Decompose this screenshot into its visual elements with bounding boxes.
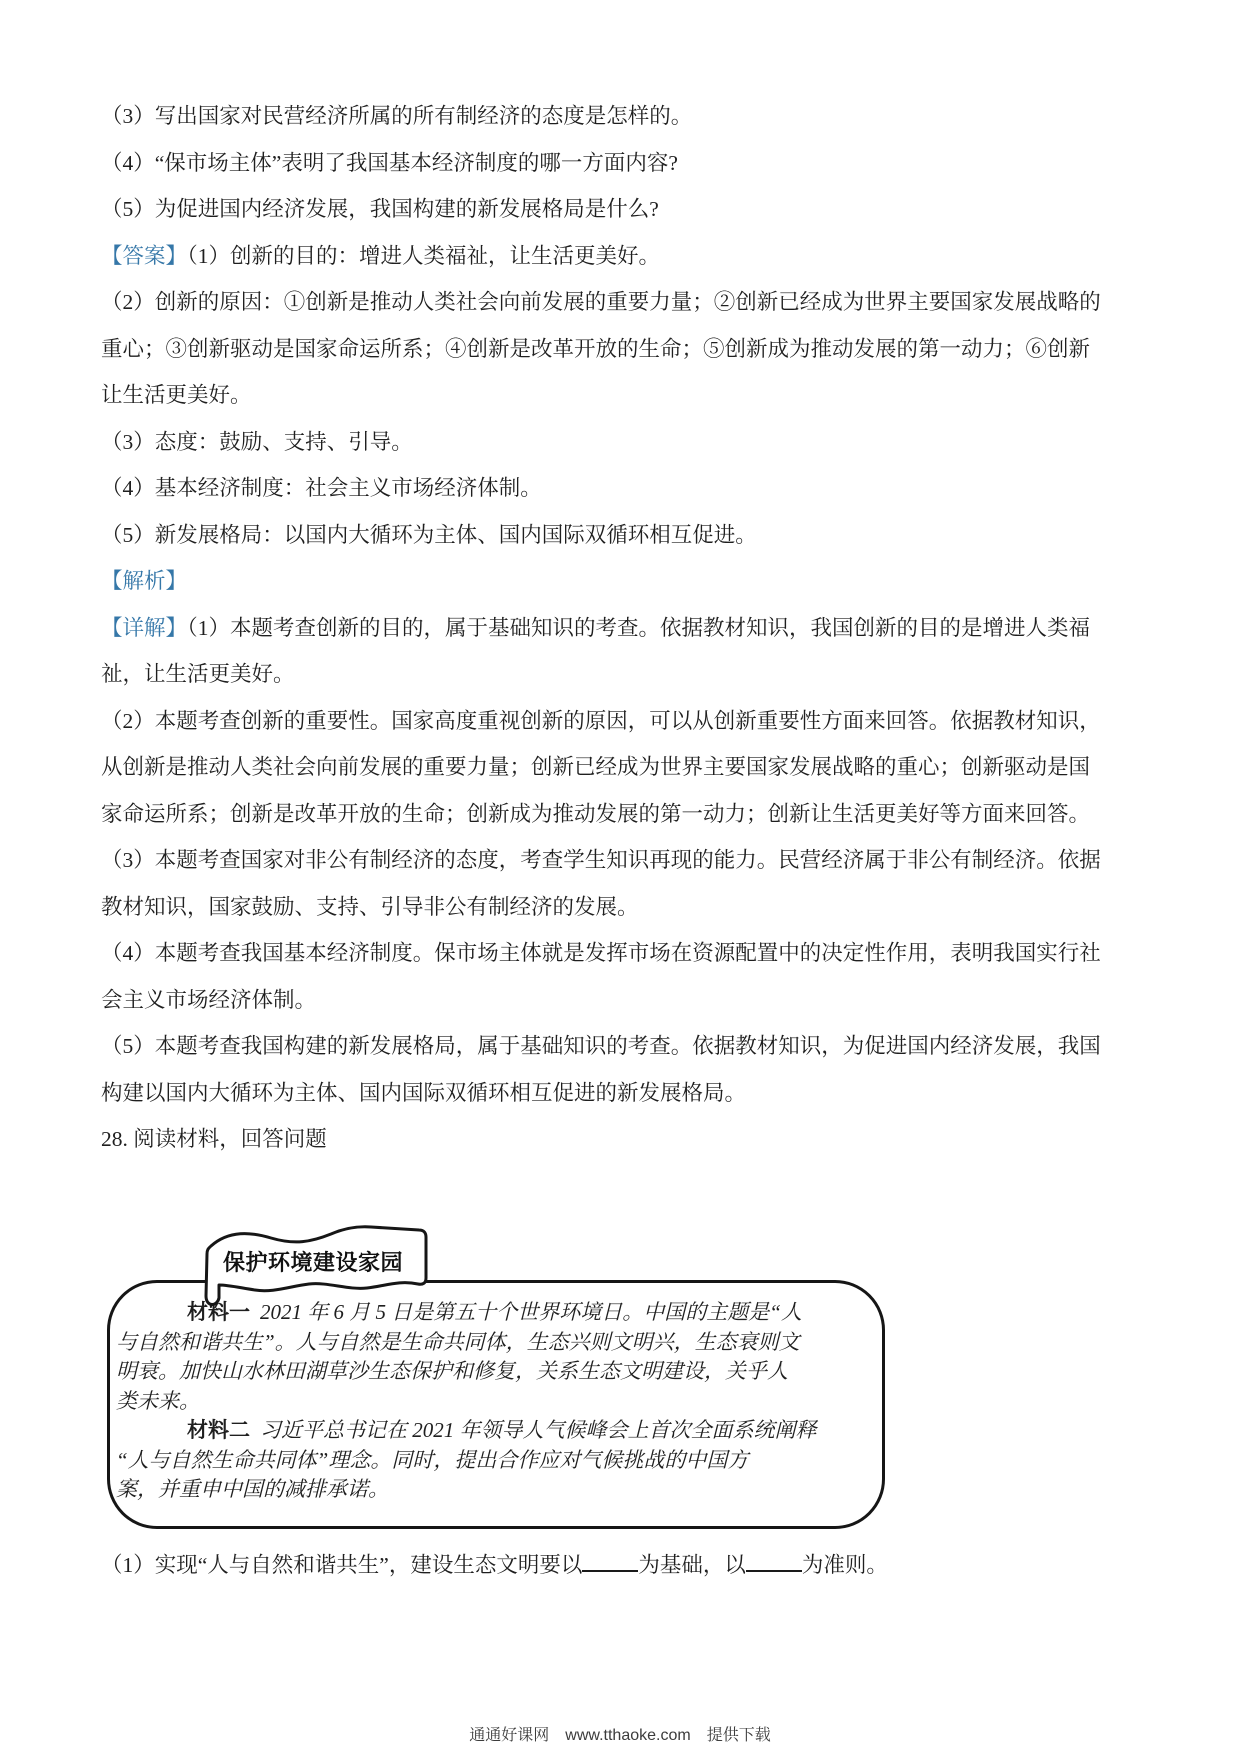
line-text: 构建以国内大循环为主体、国内国际双循环相互促进的新发展格局。 [101, 1081, 746, 1105]
material-line: 明衰。加快山水林田湖草沙生态保护和修复，关系生态文明建设，关乎人 [116, 1357, 874, 1387]
question-28-heading: 28. 阅读材料，回答问题 [101, 1116, 1146, 1163]
detail-label: 【详解】 [101, 616, 187, 640]
line-text: （4）基本经济制度：社会主义市场经济体制。 [101, 476, 542, 500]
line-text: 让生活更美好。 [101, 383, 252, 407]
line-text: 祉，让生活更美好。 [101, 662, 295, 686]
text-line: （2）本题考查创新的重要性。国家高度重视创新的原因，可以从创新重要性方面来回答。… [101, 698, 1146, 745]
line-text: （5）为促进国内经济发展，我国构建的新发展格局是什么? [101, 197, 659, 221]
question-1-text: 为准则。 [802, 1553, 888, 1577]
material-line: 类未来。 [116, 1387, 874, 1417]
text-line: 会主义市场经济体制。 [101, 977, 1146, 1024]
text-line: （5）新发展格局：以国内大循环为主体、国内国际双循环相互促进。 [101, 512, 1146, 559]
answer-section: （3）写出国家对民营经济所属的所有制经济的态度是怎样的。 （4）“保市场主体”表… [101, 93, 1146, 1163]
line-text: （3）态度：鼓励、支持、引导。 [101, 430, 413, 454]
line-text: 家命运所系；创新是改革开放的生命；创新成为推动发展的第一动力；创新让生活更美好等… [101, 802, 1090, 826]
line-text: （4）本题考查我国基本经济制度。保市场主体就是发挥市场在资源配置中的决定性作用，… [101, 941, 1101, 965]
analysis-label: 【解析】 [101, 569, 187, 593]
blank-underline [582, 1550, 638, 1572]
line-text: 从创新是推动人类社会向前发展的重要力量；创新已经成为世界主要国家发展战略的重心；… [101, 755, 1090, 779]
text-line: 重心；③创新驱动是国家命运所系；④创新是改革开放的生命；⑤创新成为推动发展的第一… [101, 326, 1146, 373]
text-line: 构建以国内大循环为主体、国内国际双循环相互促进的新发展格局。 [101, 1070, 1146, 1117]
text-line: 祉，让生活更美好。 [101, 651, 1146, 698]
line-text: （5）本题考查我国构建的新发展格局，属于基础知识的考查。依据教材知识，为促进国内… [101, 1034, 1101, 1058]
page-footer: 通通好课网www.tthaoke.com提供下载 [0, 1722, 1240, 1745]
text-line: 教材知识，国家鼓励、支持、引导非公有制经济的发展。 [101, 884, 1146, 931]
text-line: 【解析】 [101, 558, 1146, 605]
ribbon-title: 保护环境建设家园 [199, 1246, 427, 1277]
text-line: 从创新是推动人类社会向前发展的重要力量；创新已经成为世界主要国家发展战略的重心；… [101, 744, 1146, 791]
line-text: （5）新发展格局：以国内大循环为主体、国内国际双循环相互促进。 [101, 523, 757, 547]
line-text: 教材知识，国家鼓励、支持、引导非公有制经济的发展。 [101, 895, 639, 919]
material-figure: 材料一2021 年 6 月 5 日是第五十个世界环境日。中国的主题是“人 与自然… [107, 1212, 897, 1547]
line-text: （2）本题考查创新的重要性。国家高度重视创新的原因，可以从创新重要性方面来回答。… [101, 709, 1101, 733]
text-line: （4）“保市场主体”表明了我国基本经济制度的哪一方面内容? [101, 140, 1146, 187]
material-text: 材料一2021 年 6 月 5 日是第五十个世界环境日。中国的主题是“人 与自然… [116, 1298, 874, 1505]
material-2-label: 材料二 [187, 1419, 250, 1442]
ribbon-banner: 保护环境建设家园 [199, 1222, 436, 1312]
footer-suffix: 提供下载 [707, 1727, 771, 1744]
text-line: （3）写出国家对民营经济所属的所有制经济的态度是怎样的。 [101, 93, 1146, 140]
footer-site-name: 通通好课网 [469, 1727, 549, 1744]
line-text: （2）创新的原因：①创新是推动人类社会向前发展的重要力量；②创新已经成为世界主要… [101, 290, 1101, 314]
text-line: （3）态度：鼓励、支持、引导。 [101, 419, 1146, 466]
material-line: 案，并重申中国的减排承诺。 [116, 1475, 874, 1505]
text-line: 【答案】（1）创新的目的：增进人类福祉，让生活更美好。 [101, 233, 1146, 280]
line-text: 重心；③创新驱动是国家命运所系；④创新是改革开放的生命；⑤创新成为推动发展的第一… [101, 337, 1090, 361]
line-text: （1）创新的目的：增进人类福祉，让生活更美好。 [187, 244, 660, 268]
line-text: 会主义市场经济体制。 [101, 988, 316, 1012]
line-text: （4）“保市场主体”表明了我国基本经济制度的哪一方面内容? [101, 151, 678, 175]
material-box: 材料一2021 年 6 月 5 日是第五十个世界环境日。中国的主题是“人 与自然… [107, 1280, 885, 1529]
text-line: 让生活更美好。 [101, 372, 1146, 419]
answer-label: 【答案】 [101, 244, 187, 268]
line-text: （3）写出国家对民营经济所属的所有制经济的态度是怎样的。 [101, 104, 692, 128]
line-text: （1）本题考查创新的目的，属于基础知识的考查。依据教材知识，我国创新的目的是增进… [187, 616, 1090, 640]
text-line: 【详解】（1）本题考查创新的目的，属于基础知识的考查。依据教材知识，我国创新的目… [101, 605, 1146, 652]
line-text: 28. 阅读材料，回答问题 [101, 1127, 327, 1151]
text-line: 家命运所系；创新是改革开放的生命；创新成为推动发展的第一动力；创新让生活更美好等… [101, 791, 1146, 838]
text-line: （5）本题考查我国构建的新发展格局，属于基础知识的考查。依据教材知识，为促进国内… [101, 1023, 1146, 1070]
text-line: （4）基本经济制度：社会主义市场经济体制。 [101, 465, 1146, 512]
question-1-text: （1）实现“人与自然和谐共生”，建设生态文明要以 [101, 1553, 582, 1577]
document-page: （3）写出国家对民营经济所属的所有制经济的态度是怎样的。 （4）“保市场主体”表… [0, 0, 1240, 1754]
material-line: 与自然和谐共生”。人与自然是生命共同体，生态兴则文明兴，生态衰则文 [116, 1328, 874, 1358]
text-line: （2）创新的原因：①创新是推动人类社会向前发展的重要力量；②创新已经成为世界主要… [101, 279, 1146, 326]
text-line: （3）本题考查国家对非公有制经济的态度，考查学生知识再现的能力。民营经济属于非公… [101, 837, 1146, 884]
material-line: 材料二习近平总书记在 2021 年领导人气候峰会上首次全面系统阐释 [116, 1416, 874, 1446]
text-line: （4）本题考查我国基本经济制度。保市场主体就是发挥市场在资源配置中的决定性作用，… [101, 930, 1146, 977]
question-1: （1）实现“人与自然和谐共生”，建设生态文明要以为基础，以为准则。 [101, 1545, 888, 1585]
material-line: “人与自然生命共同体”理念。同时，提出合作应对气候挑战的中国方 [116, 1446, 874, 1476]
blank-underline [746, 1550, 802, 1572]
question-1-text: 为基础，以 [638, 1553, 746, 1577]
line-text: （3）本题考查国家对非公有制经济的态度，考查学生知识再现的能力。民营经济属于非公… [101, 848, 1101, 872]
footer-url: www.tthaoke.com [565, 1727, 690, 1744]
text-line: （5）为促进国内经济发展，我国构建的新发展格局是什么? [101, 186, 1146, 233]
